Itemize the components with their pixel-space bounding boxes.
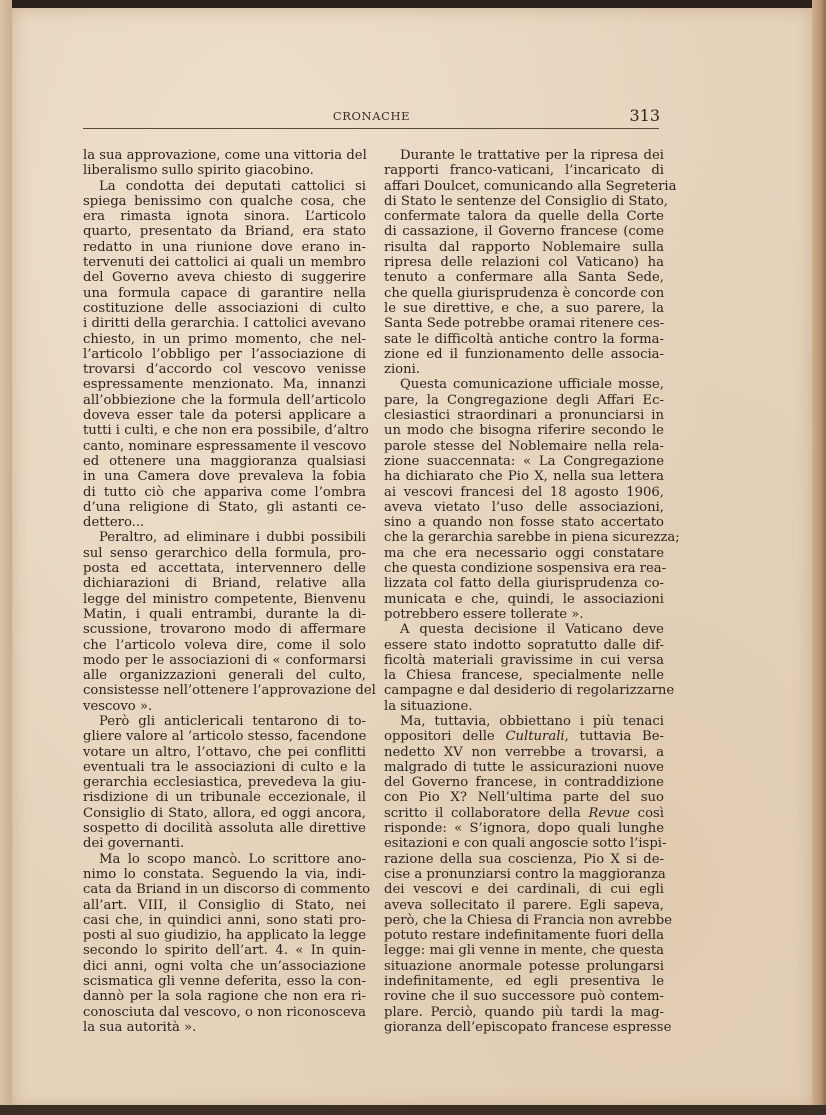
text-line: indefinitamente, ed egli presentiva le (384, 974, 664, 989)
text-line: in una Camera dove prevaleva la fobia (83, 469, 366, 484)
text-line: malgrado di tutte le assicurazioni nuove (384, 760, 664, 775)
text-line: municata e che, quindi, le associazioni (384, 592, 664, 607)
running-title: CRONACHE (83, 109, 660, 123)
text-line: ed ottenere una maggioranza qualsiasi (83, 454, 366, 469)
text-line: ai vescovi francesi del 18 agosto 1906, (384, 485, 664, 500)
text-line: canto, nominare espressamente il vescovo (83, 439, 366, 454)
text-line: affari Doulcet, comunicando alla Segrete… (384, 179, 664, 194)
text-line: situazione anormale potesse prolungarsi (384, 959, 664, 974)
text-line: conosciuta dal vescovo, o non riconoscev… (83, 1005, 366, 1020)
text-line: sospetto di docilità assoluta alle diret… (83, 821, 366, 836)
text-line: razione della sua coscienza, Pio X si de… (384, 852, 664, 867)
running-head: CRONACHE 313 (83, 106, 660, 128)
text-line: rovine che il suo successore può contem- (384, 989, 664, 1004)
text-line: zione ed il funzionamento delle associa- (384, 347, 664, 362)
text-line: legge: mai gli venne in mente, che quest… (384, 943, 664, 958)
text-line: spiega benissimo con qualche cosa, che (83, 194, 366, 209)
text-line: le sue direttive, e che, a suo parere, l… (384, 301, 664, 316)
text-line: essere stato indotto sopratutto dalle di… (384, 638, 664, 653)
page-number: 313 (629, 106, 660, 125)
text-line: dichiarazioni di Briand, relative alla (83, 576, 366, 591)
text-line: A questa decisione il Vaticano deve (384, 622, 664, 637)
text-line: plare. Perciò, quando più tardi la mag- (384, 1005, 664, 1020)
text-line: vescovo ». (83, 699, 366, 714)
text-line: tervenuti dei cattolici ai quali un memb… (83, 255, 366, 270)
text-line: clesiastici straordinari a pronunciarsi … (384, 408, 664, 423)
text-line: Però gli anticlericali tentarono di to- (83, 714, 366, 729)
text-line: modo per le associazioni di « conformars… (83, 653, 366, 668)
text-line: gliere valore al ’articolo stesso, facen… (83, 729, 366, 744)
page-right-edge (812, 0, 826, 1115)
left-text-column: la sua approvazione, come una vittoria d… (83, 148, 366, 1035)
text-line: sino a quando non fosse stato accertato (384, 515, 664, 530)
text-line: dei governanti. (83, 836, 366, 851)
text-line: Questa comunicazione ufficiale mosse, (384, 377, 664, 392)
text-line: Consiglio di Stato, allora, ed oggi anco… (83, 806, 366, 821)
text-line: nimo lo constata. Seguendo la via, indi- (83, 867, 366, 882)
text-line: esitazioni e con quali angoscie sotto l’… (384, 836, 664, 851)
text-line: Durante le trattative per la ripresa dei (384, 148, 664, 163)
text-line: pare, la Congregazione degli Affari Ec- (384, 393, 664, 408)
text-line: posta ed accettata, intervennero delle (83, 561, 366, 576)
text-line: un modo che bisogna riferire secondo le (384, 423, 664, 438)
text-line: d’una religione di Stato, gli astanti ce… (83, 500, 366, 515)
text-line: rapporti franco-vaticani, l’incaricato d… (384, 163, 664, 178)
text-line: sate le difficoltà antiche contro la for… (384, 332, 664, 347)
text-line: risdizione di un tribunale eccezionale, … (83, 790, 366, 805)
text-line: la situazione. (384, 699, 664, 714)
text-line: gioranza dell’episcopato francese espres… (384, 1020, 664, 1035)
text-line: posti al suo giudizio, ha applicato la l… (83, 928, 366, 943)
text-line: Peraltro, ad eliminare i dubbi possibili (83, 530, 366, 545)
text-line: legge del ministro competente, Bienvenu (83, 592, 366, 607)
text-line: però, che la Chiesa di Francia non avreb… (384, 913, 664, 928)
text-line: oppositori delle Culturali, tuttavia Be- (384, 729, 664, 744)
text-line: di tutto ciò che appariva come l’ombra (83, 485, 366, 500)
right-text-column: Durante le trattative per la ripresa dei… (384, 148, 664, 1035)
text-line: lizzata col fatto della giurisprudenza c… (384, 576, 664, 591)
italic-title: Culturali (505, 729, 564, 744)
text-line: tenuto a confermare alla Santa Sede, (384, 270, 664, 285)
text-line: del Governo aveva chiesto di suggerire (83, 270, 366, 285)
text-line: con Pio X? Nell’ultima parte del suo (384, 790, 664, 805)
text-line: redatto in una riunione dove erano in- (83, 240, 366, 255)
text-line: consistesse nell’ottenere l’approvazione… (83, 683, 366, 698)
text-line: casi che, in quindici anni, sono stati p… (83, 913, 366, 928)
text-line: risulta dal rapporto Noblemaire sulla (384, 240, 664, 255)
text-line: potuto restare indefinitamente fuori del… (384, 928, 664, 943)
text-line: nedetto XV non verrebbe a trovarsi, a (384, 745, 664, 760)
text-line: doveva esser tale da potersi applicare a (83, 408, 366, 423)
text-line: che quella giurisprudenza è concorde con (384, 286, 664, 301)
text-line: alle organizzazioni generali del culto, (83, 668, 366, 683)
text-line: ha dichiarato che Pio X, nella sua lette… (384, 469, 664, 484)
text-line: Matin, i quali entrambi, durante la di- (83, 607, 366, 622)
page-left-edge (0, 0, 12, 1115)
text-line: aveva sollecitato il parere. Egli sapeva… (384, 898, 664, 913)
text-line: aveva vietato l’uso delle associazioni, (384, 500, 664, 515)
text-line: potrebbero essere tollerate ». (384, 607, 664, 622)
text-line: espressamente menzionato. Ma, innanzi (83, 377, 366, 392)
text-line: dici anni, ogni volta che un’associazion… (83, 959, 366, 974)
text-line: risponde: « S’ignora, dopo quali lunghe (384, 821, 664, 836)
text-line: parole stesse del Noblemaire nella rela- (384, 439, 664, 454)
scan-bottom-edge (0, 1105, 826, 1115)
text-line: dettero... (83, 515, 366, 530)
text-line: gerarchia ecclesiastica, prevedeva la gi… (83, 775, 366, 790)
text-line: dei vescovi e dei cardinali, di cui egli (384, 882, 664, 897)
text-line: scussione, trovarono modo di affermare (83, 622, 366, 637)
text-line: Ma, tuttavia, obbiettano i più tenaci (384, 714, 664, 729)
text-line: liberalismo sullo spirito giacobino. (83, 163, 366, 178)
text-line: chiesto, in un primo momento, che nel- (83, 332, 366, 347)
text-line: eventuali tra le associazioni di culto e… (83, 760, 366, 775)
text-line: la sua autorità ». (83, 1020, 366, 1035)
text-line: del Governo francese, in contraddizione (384, 775, 664, 790)
text-line: cata da Briand in un discorso di comment… (83, 882, 366, 897)
text-line: ma che era necessario oggi constatare (384, 546, 664, 561)
text-line: che questa condizione sospensiva era rea… (384, 561, 664, 576)
text-line: Santa Sede potrebbe oramai ritenere ces- (384, 316, 664, 331)
text-line: sul senso gerarchico della formula, pro- (83, 546, 366, 561)
text-line: scismatica gli venne deferita, esso la c… (83, 974, 366, 989)
text-line: all’obbiezione che la formula dell’artic… (83, 393, 366, 408)
text-line: che l’articolo voleva dire, come il solo (83, 638, 366, 653)
text-line: costituzione delle associazioni di culto (83, 301, 366, 316)
text-line: l’articolo l’obbligo per l’associazione … (83, 347, 366, 362)
text-line: di Stato le sentenze del Consiglio di St… (384, 194, 664, 209)
text-line: la Chiesa francese, specialmente nelle (384, 668, 664, 683)
text-line: era rimasta ignota sinora. L’articolo (83, 209, 366, 224)
text-line: la sua approvazione, come una vittoria d… (83, 148, 366, 163)
text-line: secondo lo spirito dell’art. 4. « In qui… (83, 943, 366, 958)
text-line: una formula capace di garantire nella (83, 286, 366, 301)
text-line: Ma lo scopo mancò. Lo scrittore ano- (83, 852, 366, 867)
text-line: dannò per la sola ragione che non era ri… (83, 989, 366, 1004)
text-line: di cassazione, il Governo francese (come (384, 224, 664, 239)
text-line: zioni. (384, 362, 664, 377)
text-line: confermate talora da quelle della Corte (384, 209, 664, 224)
text-line: quarto, presentato da Briand, era stato (83, 224, 366, 239)
text-line: campagne e dal desiderio di regolarizzar… (384, 683, 664, 698)
text-line: votare un altro, l’ottavo, che pei confl… (83, 745, 366, 760)
text-line: all’art. VIII, il Consiglio di Stato, ne… (83, 898, 366, 913)
header-rule (83, 128, 659, 129)
text-line: scritto il collaboratore della Revue cos… (384, 806, 664, 821)
text-line: ficoltà materiali gravissime in cui vers… (384, 653, 664, 668)
text-line: trovarsi d’accordo col vescovo venisse (83, 362, 366, 377)
text-line: La condotta dei deputati cattolici si (83, 179, 366, 194)
text-line: zione suaccennata: « La Congregazione (384, 454, 664, 469)
text-line: tutti i culti, e che non era possibile, … (83, 423, 366, 438)
italic-title: Revue (589, 806, 630, 821)
text-line: cise a pronunziarsi contro la maggioranz… (384, 867, 664, 882)
text-line: che la gerarchia sarebbe in piena sicure… (384, 530, 664, 545)
text-line: ripresa delle relazioni col Vaticano) ha (384, 255, 664, 270)
text-line: i diritti della gerarchia. I cattolici a… (83, 316, 366, 331)
